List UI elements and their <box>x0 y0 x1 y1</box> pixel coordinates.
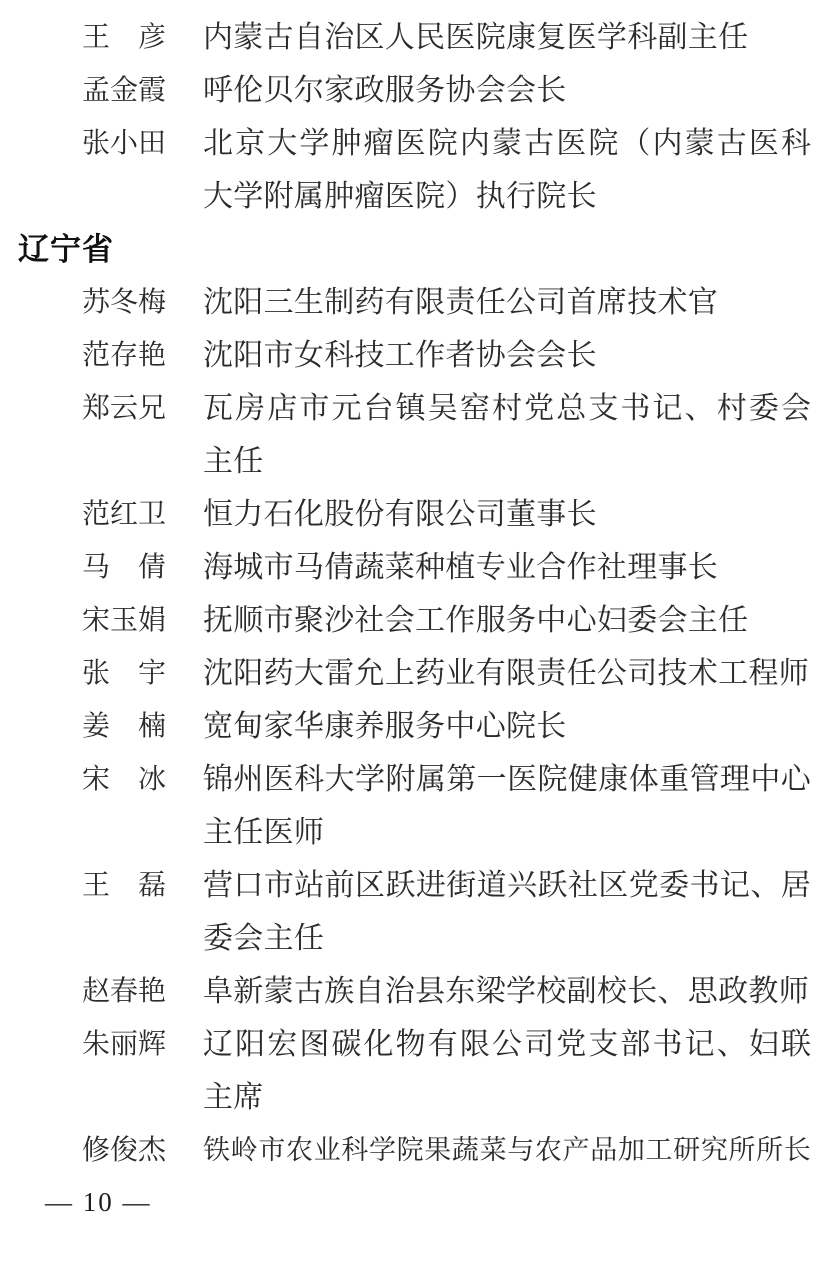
person-name: 范存艳 <box>82 329 166 382</box>
person-title: 沈阳三生制药有限责任公司首席技术官 <box>203 276 811 329</box>
person-title: 北京大学肿瘤医院内蒙古医院（内蒙古医科大学附属肿瘤医院）执行院长 <box>203 117 811 223</box>
list-item: 范红卫恒力石化股份有限公司董事长 <box>0 488 828 541</box>
title-line: 抚顺市聚沙社会工作服务中心妇委会主任 <box>203 594 811 647</box>
list-item: 张小田北京大学肿瘤医院内蒙古医院（内蒙古医科大学附属肿瘤医院）执行院长 <box>0 117 828 223</box>
person-name: 宋冰 <box>82 753 166 806</box>
list-item: 王磊营口市站前区跃进街道兴跃社区党委书记、居委会主任 <box>0 859 828 965</box>
title-line: 大学附属肿瘤医院）执行院长 <box>203 170 811 223</box>
title-line: 主席 <box>203 1071 811 1124</box>
person-title: 铁岭市农业科学院果蔬菜与农产品加工研究所所长 <box>203 1124 811 1177</box>
title-line: 瓦房店市元台镇吴窑村党总支书记、村委会 <box>203 382 811 435</box>
list-item: 宋玉娟抚顺市聚沙社会工作服务中心妇委会主任 <box>0 594 828 647</box>
person-name: 赵春艳 <box>82 965 166 1018</box>
person-name: 朱丽辉 <box>82 1018 166 1071</box>
person-title: 阜新蒙古族自治县东梁学校副校长、思政教师 <box>203 965 811 1018</box>
person-name: 郑云兄 <box>82 382 166 435</box>
person-name: 宋玉娟 <box>82 594 166 647</box>
title-line: 海城市马倩蔬菜种植专业合作社理事长 <box>203 541 811 594</box>
title-line: 营口市站前区跃进街道兴跃社区党委书记、居 <box>203 859 811 912</box>
list-item: 王彦内蒙古自治区人民医院康复医学科副主任 <box>0 11 828 64</box>
person-name: 姜楠 <box>82 700 166 753</box>
person-name: 王磊 <box>82 859 166 912</box>
person-title: 沈阳药大雷允上药业有限责任公司技术工程师 <box>203 647 811 700</box>
list-item: 修俊杰铁岭市农业科学院果蔬菜与农产品加工研究所所长 <box>0 1124 828 1177</box>
title-line: 沈阳市女科技工作者协会会长 <box>203 329 811 382</box>
title-line: 呼伦贝尔家政服务协会会长 <box>203 64 811 117</box>
title-line: 主任 <box>203 435 811 488</box>
person-title: 辽阳宏图碳化物有限公司党支部书记、妇联主席 <box>203 1018 811 1124</box>
title-line: 宽甸家华康养服务中心院长 <box>203 700 811 753</box>
list-item: 姜楠宽甸家华康养服务中心院长 <box>0 700 828 753</box>
title-line: 阜新蒙古族自治县东梁学校副校长、思政教师 <box>203 965 811 1018</box>
title-line: 沈阳药大雷允上药业有限责任公司技术工程师 <box>203 647 811 700</box>
person-title: 沈阳市女科技工作者协会会长 <box>203 329 811 382</box>
list-item: 宋冰锦州医科大学附属第一医院健康体重管理中心主任医师 <box>0 753 828 859</box>
title-line: 委会主任 <box>203 912 811 965</box>
person-name: 王彦 <box>82 11 166 64</box>
title-line: 沈阳三生制药有限责任公司首席技术官 <box>203 276 811 329</box>
person-title: 内蒙古自治区人民医院康复医学科副主任 <box>203 11 811 64</box>
title-line: 锦州医科大学附属第一医院健康体重管理中心 <box>203 753 811 806</box>
list-item: 张宇沈阳药大雷允上药业有限责任公司技术工程师 <box>0 647 828 700</box>
title-line: 辽阳宏图碳化物有限公司党支部书记、妇联 <box>203 1018 811 1071</box>
person-title: 瓦房店市元台镇吴窑村党总支书记、村委会主任 <box>203 382 811 488</box>
list-item: 苏冬梅沈阳三生制药有限责任公司首席技术官 <box>0 276 828 329</box>
person-name: 张小田 <box>82 117 166 170</box>
title-line: 铁岭市农业科学院果蔬菜与农产品加工研究所所长 <box>203 1124 811 1177</box>
list-item: 范存艳沈阳市女科技工作者协会会长 <box>0 329 828 382</box>
page-number: — 10 — <box>45 1186 152 1218</box>
roster-list: 王彦内蒙古自治区人民医院康复医学科副主任孟金霞呼伦贝尔家政服务协会会长张小田北京… <box>0 11 828 1177</box>
title-line: 恒力石化股份有限公司董事长 <box>203 488 811 541</box>
person-title: 呼伦贝尔家政服务协会会长 <box>203 64 811 117</box>
person-title: 海城市马倩蔬菜种植专业合作社理事长 <box>203 541 811 594</box>
person-name: 马倩 <box>82 541 166 594</box>
person-title: 锦州医科大学附属第一医院健康体重管理中心主任医师 <box>203 753 811 859</box>
person-title: 恒力石化股份有限公司董事长 <box>203 488 811 541</box>
person-name: 张宇 <box>82 647 166 700</box>
person-title: 营口市站前区跃进街道兴跃社区党委书记、居委会主任 <box>203 859 811 965</box>
list-item: 朱丽辉辽阳宏图碳化物有限公司党支部书记、妇联主席 <box>0 1018 828 1124</box>
title-line: 内蒙古自治区人民医院康复医学科副主任 <box>203 11 811 64</box>
list-item: 孟金霞呼伦贝尔家政服务协会会长 <box>0 64 828 117</box>
document-page: 王彦内蒙古自治区人民医院康复医学科副主任孟金霞呼伦贝尔家政服务协会会长张小田北京… <box>0 0 828 1280</box>
person-name: 修俊杰 <box>82 1124 166 1177</box>
person-title: 宽甸家华康养服务中心院长 <box>203 700 811 753</box>
title-line: 主任医师 <box>203 806 811 859</box>
person-name: 孟金霞 <box>82 64 166 117</box>
list-item: 郑云兄瓦房店市元台镇吴窑村党总支书记、村委会主任 <box>0 382 828 488</box>
list-item: 马倩海城市马倩蔬菜种植专业合作社理事长 <box>0 541 828 594</box>
person-name: 苏冬梅 <box>82 276 166 329</box>
person-title: 抚顺市聚沙社会工作服务中心妇委会主任 <box>203 594 811 647</box>
list-item: 赵春艳阜新蒙古族自治县东梁学校副校长、思政教师 <box>0 965 828 1018</box>
section-heading: 辽宁省 <box>18 223 828 276</box>
person-name: 范红卫 <box>82 488 166 541</box>
title-line: 北京大学肿瘤医院内蒙古医院（内蒙古医科 <box>203 117 811 170</box>
